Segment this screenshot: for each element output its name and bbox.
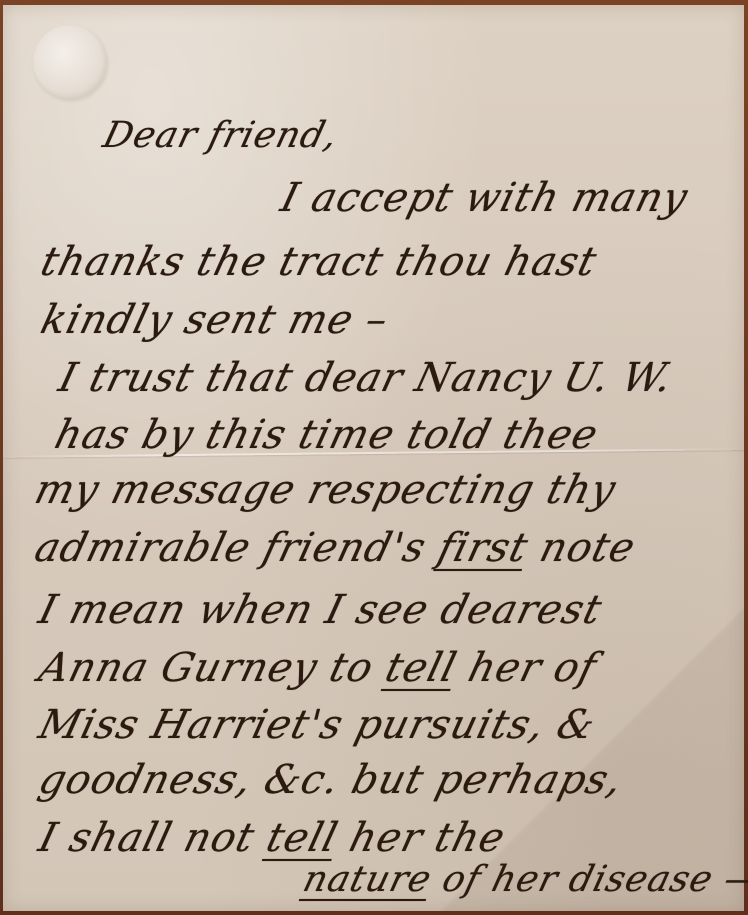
letter-line: has by this time told thee bbox=[51, 415, 602, 455]
letter-line: my message respecting thy bbox=[31, 470, 620, 510]
underlined-word: tell bbox=[262, 815, 343, 861]
letter-line: Anna Gurney to tell her of bbox=[35, 648, 601, 688]
underlined-word: tell bbox=[381, 645, 462, 691]
letter-line: goodness, &c. but perhaps, bbox=[35, 760, 627, 800]
letter-line: I shall not tell her the bbox=[35, 818, 509, 858]
letter-line: I accept with many bbox=[277, 178, 692, 218]
underlined-word: first bbox=[433, 525, 533, 571]
underlined-word: nature bbox=[299, 859, 436, 900]
letter-body: Dear friend, I accept with many thanks t… bbox=[0, 0, 748, 915]
letter-line: kindly sent me – bbox=[37, 300, 393, 340]
letter-line: I trust that dear Nancy U. W. bbox=[55, 358, 677, 398]
letter-line: thanks the tract thou hast bbox=[37, 242, 601, 282]
letter-line: admirable friend's first note bbox=[31, 528, 640, 568]
letter-line: nature of her disease — bbox=[300, 862, 748, 898]
salutation: Dear friend, bbox=[100, 118, 342, 154]
letter-line: I mean when I see dearest bbox=[35, 590, 606, 630]
letter-line: Miss Harriet's pursuits, & bbox=[35, 705, 599, 745]
